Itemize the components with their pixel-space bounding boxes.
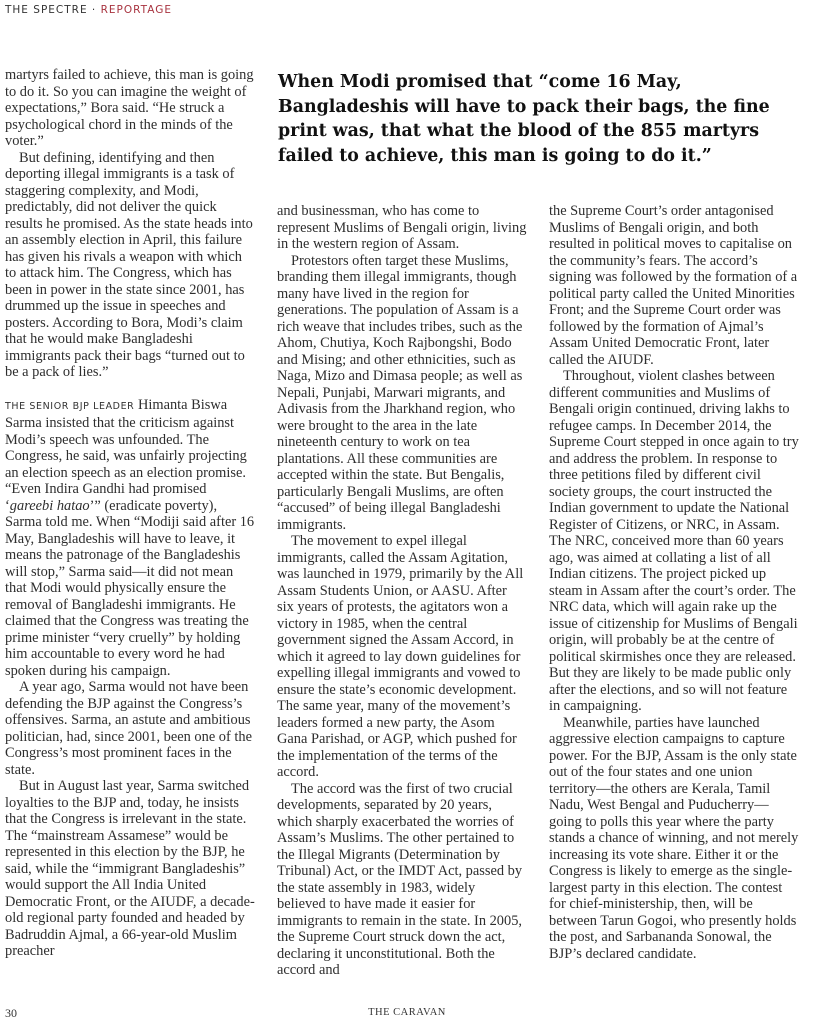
- section-lead-in: The senior BJP leader: [5, 401, 134, 412]
- pull-quote: When Modi promised that “come 16 May, Ba…: [278, 70, 798, 168]
- italic-phrase: gareebi hatao: [10, 498, 90, 514]
- paragraph-text: Himanta Biswa Sarma insisted that the cr…: [5, 397, 247, 514]
- header-section-name: THE SPECTRE: [5, 4, 88, 16]
- paragraph-section-start: The senior BJP leader Himanta Biswa Sarm…: [5, 397, 255, 680]
- article-column-1: martyrs failed to achieve, this man is g…: [5, 67, 255, 960]
- paragraph: Throughout, violent clashes between diff…: [549, 368, 801, 715]
- paragraph: The movement to expel illegal immigrants…: [277, 533, 527, 781]
- paragraph: and businessman, who has come to represe…: [277, 203, 527, 253]
- paragraph: Meanwhile, parties have launched aggress…: [549, 715, 801, 963]
- paragraph: Protestors often target these Muslims, b…: [277, 253, 527, 534]
- article-column-2: and businessman, who has come to represe…: [277, 203, 527, 979]
- running-header: THE SPECTRE · REPORTAGE: [5, 4, 172, 16]
- paragraph-text: ’” (eradicate poverty), Sarma told me. W…: [5, 498, 254, 679]
- header-category: REPORTAGE: [101, 4, 172, 16]
- article-column-3: the Supreme Court’s order antagonised Mu…: [549, 203, 801, 962]
- header-separator: ·: [88, 4, 101, 16]
- paragraph: But defining, identifying and then depor…: [5, 150, 255, 381]
- paragraph: The accord was the first of two crucial …: [277, 781, 527, 979]
- paragraph: the Supreme Court’s order antagonised Mu…: [549, 203, 801, 368]
- paragraph: martyrs failed to achieve, this man is g…: [5, 67, 255, 150]
- paragraph: But in August last year, Sarma switched …: [5, 778, 255, 960]
- paragraph: A year ago, Sarma would not have been de…: [5, 679, 255, 778]
- magazine-name: THE CARAVAN: [0, 1007, 814, 1018]
